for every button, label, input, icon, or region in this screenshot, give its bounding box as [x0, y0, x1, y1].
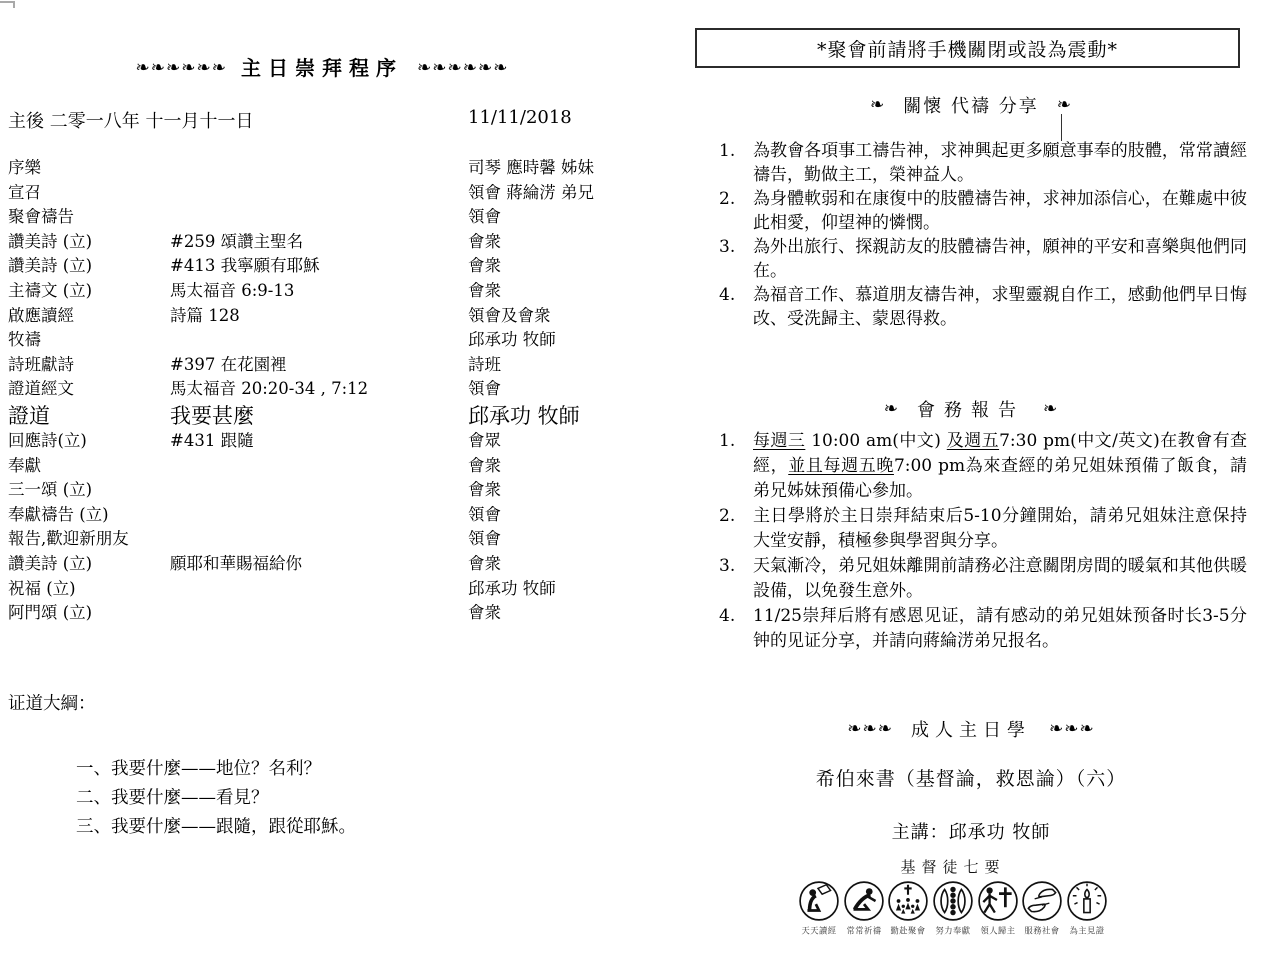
announcement-item-number: 1.	[719, 429, 735, 454]
program-row: 證道 我要甚麼 邱承功 牧師	[8, 400, 636, 427]
floral-ornament-icon: ❧❧❧	[1049, 719, 1095, 739]
program-item-detail: 願耶和華賜福給你	[170, 550, 302, 574]
program-item-label: 主禱文 (立)	[8, 277, 92, 301]
prayer-item-number: 4.	[719, 283, 735, 307]
prayer-item-text: 為身體軟弱和在康復中的肢體禱告神，求神加添信心，在難處中彼此相愛，仰望神的憐憫。	[753, 189, 1247, 233]
program-list: 序樂 司琴 應時馨 姊妹 宣召 領會 蔣綸淓 弟兄 聚會禱告 領會	[8, 154, 636, 624]
prayer-item-text: 為教會各項事工禱告神，求神興起更多願意事奉的肢體，常常讀經禱告，勤做主工，榮神益…	[753, 141, 1247, 185]
program-item-label: 讚美詩 (立)	[8, 228, 92, 252]
sunday-school-heading: ❧❧❧成人主日學❧❧❧	[695, 716, 1247, 742]
program-item-who: 邱承功 牧師	[468, 400, 580, 430]
announcement-item: 4. 11/25崇拜后將有感恩见证，請有感动的弟兄姐妹预备时长3-5分钟的见证分…	[695, 604, 1247, 654]
floral-ornament-icon: ❧	[1043, 399, 1058, 419]
business-report-heading-text: 會務報告	[917, 400, 1025, 421]
text-segment: 為福音工作、慕道朋友禱告神，求聖靈親自作工，感動他們早日悔改、受洗歸主、蒙恩得救…	[753, 285, 1247, 329]
program-item-who: 詩班	[468, 351, 501, 375]
announcement-item: 1. 每週三 10:00 am(中文) 及週五7:30 pm(中文/英文)在教會…	[695, 429, 1247, 504]
program-row: 讚美詩 (立) #259 頌讚主聖名 會衆	[8, 228, 636, 253]
text-segment: 並且每週五晚	[788, 456, 894, 476]
program-item-who: 邱承功 牧師	[468, 575, 556, 599]
date-chinese: 主後 二零一八年 十一月十一日	[8, 111, 253, 132]
announcement-item-text: 11/25崇拜后將有感恩见证，請有感动的弟兄姐妹预备时长3-5分钟的见证分享，并…	[753, 606, 1247, 651]
program-item-detail: #431 跟隨	[170, 427, 254, 451]
prayer-item: 3. 為外出旅行、探親訪友的肢體禱告神，願神的平安和喜樂與他們同在。	[695, 235, 1247, 283]
program-item-who: 領會 蔣綸淓 弟兄	[468, 179, 594, 203]
floral-ornament-icon: ❧	[870, 95, 885, 115]
program-item-detail: #259 頌讚主聖名	[170, 228, 303, 252]
sunday-school-speaker: 主講：邱承功 牧師	[695, 818, 1247, 844]
program-item-who: 會眾	[468, 427, 501, 451]
program-item-detail: #413 我寧願有耶穌	[170, 252, 320, 276]
attend-meetings-item: 勤赴聚會	[887, 880, 929, 937]
announcement-items-list: 1. 每週三 10:00 am(中文) 及週五7:30 pm(中文/英文)在教會…	[695, 429, 1247, 654]
program-item-label: 宣召	[8, 179, 41, 203]
business-report-heading: ❧會務報告❧	[695, 396, 1247, 422]
program-item-label: 三一頌 (立)	[8, 476, 92, 500]
program-row: 阿門頌 (立) 會衆	[8, 599, 636, 624]
witness-icon	[1066, 880, 1108, 922]
floral-ornament-icon: ❧❧❧	[847, 719, 893, 739]
prayer-section-heading: ❧關懷 代禱 分享❧	[695, 92, 1247, 118]
offering-item: 努力奉獻	[932, 880, 974, 937]
announcement-item-number: 2.	[719, 504, 735, 529]
program-item-who: 領會	[468, 525, 501, 549]
program-row: 奉獻禱告 (立) 領會	[8, 501, 636, 526]
text-segment: 及週五	[947, 431, 999, 451]
icon-label: 常常祈禱	[846, 925, 881, 937]
sermon-outline-line: 三、我要什麼——跟隨，跟從耶穌。	[76, 813, 636, 842]
announcements-section: *聚會前請將手機關閉或設為震動* ❧關懷 代禱 分享❧ 1. 為教會各項事工禱告…	[695, 0, 1247, 959]
program-row: 祝福 (立) 邱承功 牧師	[8, 575, 636, 600]
sermon-outline-line: 一、我要什麼——地位？名利？	[76, 755, 636, 784]
announcement-item-text: 每週三 10:00 am(中文) 及週五7:30 pm(中文/英文)在教會有查經…	[753, 431, 1247, 501]
program-item-who: 會衆	[468, 252, 501, 276]
prayer-items-list: 1. 為教會各項事工禱告神，求神興起更多願意事奉的肢體，常常讀經禱告，勤做主工，…	[695, 139, 1247, 331]
serve-society-icon	[1021, 880, 1063, 922]
read-bible-item: 天天讀經	[798, 880, 840, 937]
program-item-who: 領會及會衆	[468, 302, 551, 326]
announcement-item: 3. 天氣漸冷，弟兄姐妹離開前請務必注意關閉房間的暖氣和其他供暖設備，以免發生意…	[695, 554, 1247, 604]
program-row: 宣召 領會 蔣綸淓 弟兄	[8, 179, 636, 204]
phone-notice-text: *聚會前請將手機關閉或設為震動*	[817, 35, 1118, 62]
seven-essentials: 基督徒七要 天天讀經	[798, 856, 1108, 937]
prayer-item: 2. 為身體軟弱和在康復中的肢體禱告神，求神加添信心，在難處中彼此相愛，仰望神的…	[695, 187, 1247, 235]
text-segment: 天氣漸冷，弟兄姐妹離開前請務必注意關閉房間的暖氣和其他供暖設備，以免發生意外。	[753, 556, 1247, 601]
sunday-school-heading-text: 成人主日學	[911, 720, 1031, 741]
icon-label: 努力奉獻	[935, 925, 970, 937]
program-item-label: 祝福 (立)	[8, 575, 76, 599]
program-item-label: 讚美詩 (立)	[8, 550, 92, 574]
program-item-label: 奉獻禱告 (立)	[8, 501, 109, 525]
program-item-label: 牧禱	[8, 326, 41, 350]
text-segment: 11/25崇拜后將有感恩见证，請有感动的弟兄姐妹预备时长3-5分钟的见证分享，并…	[753, 606, 1247, 651]
serve-society-item: 服務社會	[1021, 880, 1063, 937]
text-segment: 為外出旅行、探親訪友的肢體禱告神，願神的平安和喜樂與他們同在。	[753, 237, 1247, 281]
program-item-label: 啟應讀經	[8, 302, 74, 326]
date-line: 主後 二零一八年 十一月十一日 11/11/2018	[8, 107, 636, 133]
program-item-detail: 馬太福音 6:9-13	[170, 277, 294, 301]
program-row: 報告,歡迎新朋友 領會	[8, 525, 636, 550]
prayer-item-text: 為外出旅行、探親訪友的肢體禱告神，願神的平安和喜樂與他們同在。	[753, 237, 1247, 281]
prayer-item-text: 為福音工作、慕道朋友禱告神，求聖靈親自作工，感動他們早日悔改、受洗歸主、蒙恩得救…	[753, 285, 1247, 329]
program-item-detail: 馬太福音 20:20-34 , 7:12	[170, 375, 368, 399]
program-row: 證道經文 馬太福音 20:20-34 , 7:12 領會	[8, 375, 636, 400]
program-item-label: 回應詩(立)	[8, 427, 87, 451]
floral-ornament-icon: ❧	[884, 399, 899, 419]
program-row: 序樂 司琴 應時馨 姊妹	[8, 154, 636, 179]
floral-ornament-icon: ❧	[1057, 95, 1072, 115]
program-row: 牧禱 邱承功 牧師	[8, 326, 636, 351]
program-row: 啟應讀經 詩篇 128 領會及會衆	[8, 302, 636, 327]
program-item-label: 證道	[8, 400, 50, 430]
worship-order-section: ❧❧❧❧❧❧主日崇拜程序❧❧❧❧❧❧ 主後 二零一八年 十一月十一日 11/11…	[8, 0, 636, 959]
date-western: 11/11/2018	[468, 107, 572, 128]
program-row: 主禱文 (立) 馬太福音 6:9-13 會衆	[8, 277, 636, 302]
floral-ornament-icon: ❧❧❧❧❧❧	[417, 58, 508, 78]
phone-notice-box: *聚會前請將手機關閉或設為震動*	[695, 28, 1240, 68]
lead-to-lord-item: 領人歸主	[977, 880, 1019, 937]
program-row: 詩班獻詩 #397 在花園裡 詩班	[8, 351, 636, 376]
lead-to-lord-icon	[977, 880, 1019, 922]
program-item-label: 報告,歡迎新朋友	[8, 525, 129, 549]
announcement-item-text: 主日學將於主日崇拜結束后5-10分鐘開始，請弟兄姐妹注意保持大堂安靜，積極參與學…	[753, 506, 1247, 551]
prayer-item-number: 3.	[719, 235, 735, 259]
prayer-item-number: 2.	[719, 187, 735, 211]
prayer-heading-text: 關懷 代禱 分享	[903, 96, 1038, 117]
program-item-who: 會衆	[468, 550, 501, 574]
icon-label: 天天讀經	[802, 925, 837, 937]
program-item-who: 會衆	[468, 476, 501, 500]
announcement-item-text: 天氣漸冷，弟兄姐妹離開前請務必注意關閉房間的暖氣和其他供暖設備，以免發生意外。	[753, 556, 1247, 601]
program-item-label: 讚美詩 (立)	[8, 252, 92, 276]
text-cursor-artifact	[1061, 114, 1062, 141]
icon-label: 勤赴聚會	[891, 925, 926, 937]
pray-item: 常常祈禱	[843, 880, 885, 937]
program-item-who: 會衆	[468, 277, 501, 301]
program-item-who: 司琴 應時馨 姊妹	[468, 154, 594, 178]
text-segment: 每週三	[753, 431, 805, 451]
program-row: 三一頌 (立) 會衆	[8, 476, 636, 501]
program-item-detail: #397 在花園裡	[170, 351, 287, 375]
program-item-label: 詩班獻詩	[8, 351, 74, 375]
announcement-item-number: 4.	[719, 604, 735, 629]
bulletin-page: ❧❧❧❧❧❧主日崇拜程序❧❧❧❧❧❧ 主後 二零一八年 十一月十一日 11/11…	[0, 0, 1278, 959]
icon-label: 服務社會	[1025, 925, 1060, 937]
program-item-who: 會衆	[468, 452, 501, 476]
icon-label: 為主見證	[1069, 925, 1104, 937]
text-segment: 為身體軟弱和在康復中的肢體禱告神，求神加添信心，在難處中彼此相愛，仰望神的憐憫。	[753, 189, 1247, 233]
prayer-item-number: 1.	[719, 139, 735, 163]
program-item-who: 會衆	[468, 228, 501, 252]
page-title-text: 主日崇拜程序	[241, 56, 403, 80]
program-item-who: 邱承功 牧師	[468, 326, 556, 350]
program-item-label: 序樂	[8, 154, 41, 178]
program-item-who: 領會	[468, 501, 501, 525]
program-item-detail: 詩篇 128	[170, 302, 240, 326]
text-segment: 為教會各項事工禱告神，求神興起更多願意事奉的肢體，常常讀經禱告，勤做主工，榮神益…	[753, 141, 1247, 185]
seven-essentials-icons: 天天讀經 常常祈禱	[798, 880, 1108, 937]
text-segment: 主日學將於主日崇拜結束后5-10分鐘開始，請弟兄姐妹注意保持大堂安靜，積極參與學…	[753, 506, 1247, 551]
program-item-label: 聚會禱告	[8, 203, 74, 227]
offering-icon	[932, 880, 974, 922]
attend-meetings-icon	[887, 880, 929, 922]
prayer-item: 4. 為福音工作、慕道朋友禱告神，求聖靈親自作工，感動他們早日悔改、受洗歸主、蒙…	[695, 283, 1247, 331]
announcement-item-number: 3.	[719, 554, 735, 579]
sermon-outline-heading: 证道大綱：	[8, 690, 636, 715]
pray-icon	[843, 880, 885, 922]
announcement-item: 2. 主日學將於主日崇拜結束后5-10分鐘開始，請弟兄姐妹注意保持大堂安靜，積極…	[695, 504, 1247, 554]
program-item-label: 奉獻	[8, 452, 41, 476]
witness-item: 為主見證	[1066, 880, 1108, 937]
text-segment: 10:00 am(中文)	[805, 431, 946, 451]
program-row: 聚會禱告 領會	[8, 203, 636, 228]
sunday-school-topic: 希伯來書（基督論，救恩論）（六）	[695, 764, 1247, 791]
program-item-who: 領會	[468, 203, 501, 227]
program-item-label: 阿門頌 (立)	[8, 599, 92, 623]
program-item-who: 領會	[468, 375, 501, 399]
program-item-label: 證道經文	[8, 375, 74, 399]
program-row: 讚美詩 (立) #413 我寧願有耶穌 會衆	[8, 252, 636, 277]
program-row: 回應詩(立) #431 跟隨 會眾	[8, 427, 636, 452]
read-bible-icon	[798, 880, 840, 922]
seven-essentials-title: 基督徒七要	[798, 856, 1108, 877]
program-item-who: 會衆	[468, 599, 501, 623]
sermon-outline: 证道大綱： 一、我要什麼——地位？名利？ 二、我要什麼——看見？ 三、我要什麼—…	[8, 690, 636, 842]
page-title: ❧❧❧❧❧❧主日崇拜程序❧❧❧❧❧❧	[8, 52, 636, 81]
program-row: 奉獻 會衆	[8, 452, 636, 477]
sermon-outline-line: 二、我要什麼——看見？	[76, 784, 636, 813]
icon-label: 領人歸主	[980, 925, 1015, 937]
program-row: 讚美詩 (立) 願耶和華賜福給你 會衆	[8, 550, 636, 575]
floral-ornament-icon: ❧❧❧❧❧❧	[136, 58, 227, 78]
program-item-detail: 我要甚麼	[170, 400, 254, 430]
prayer-item: 1. 為教會各項事工禱告神，求神興起更多願意事奉的肢體，常常讀經禱告，勤做主工，…	[695, 139, 1247, 187]
